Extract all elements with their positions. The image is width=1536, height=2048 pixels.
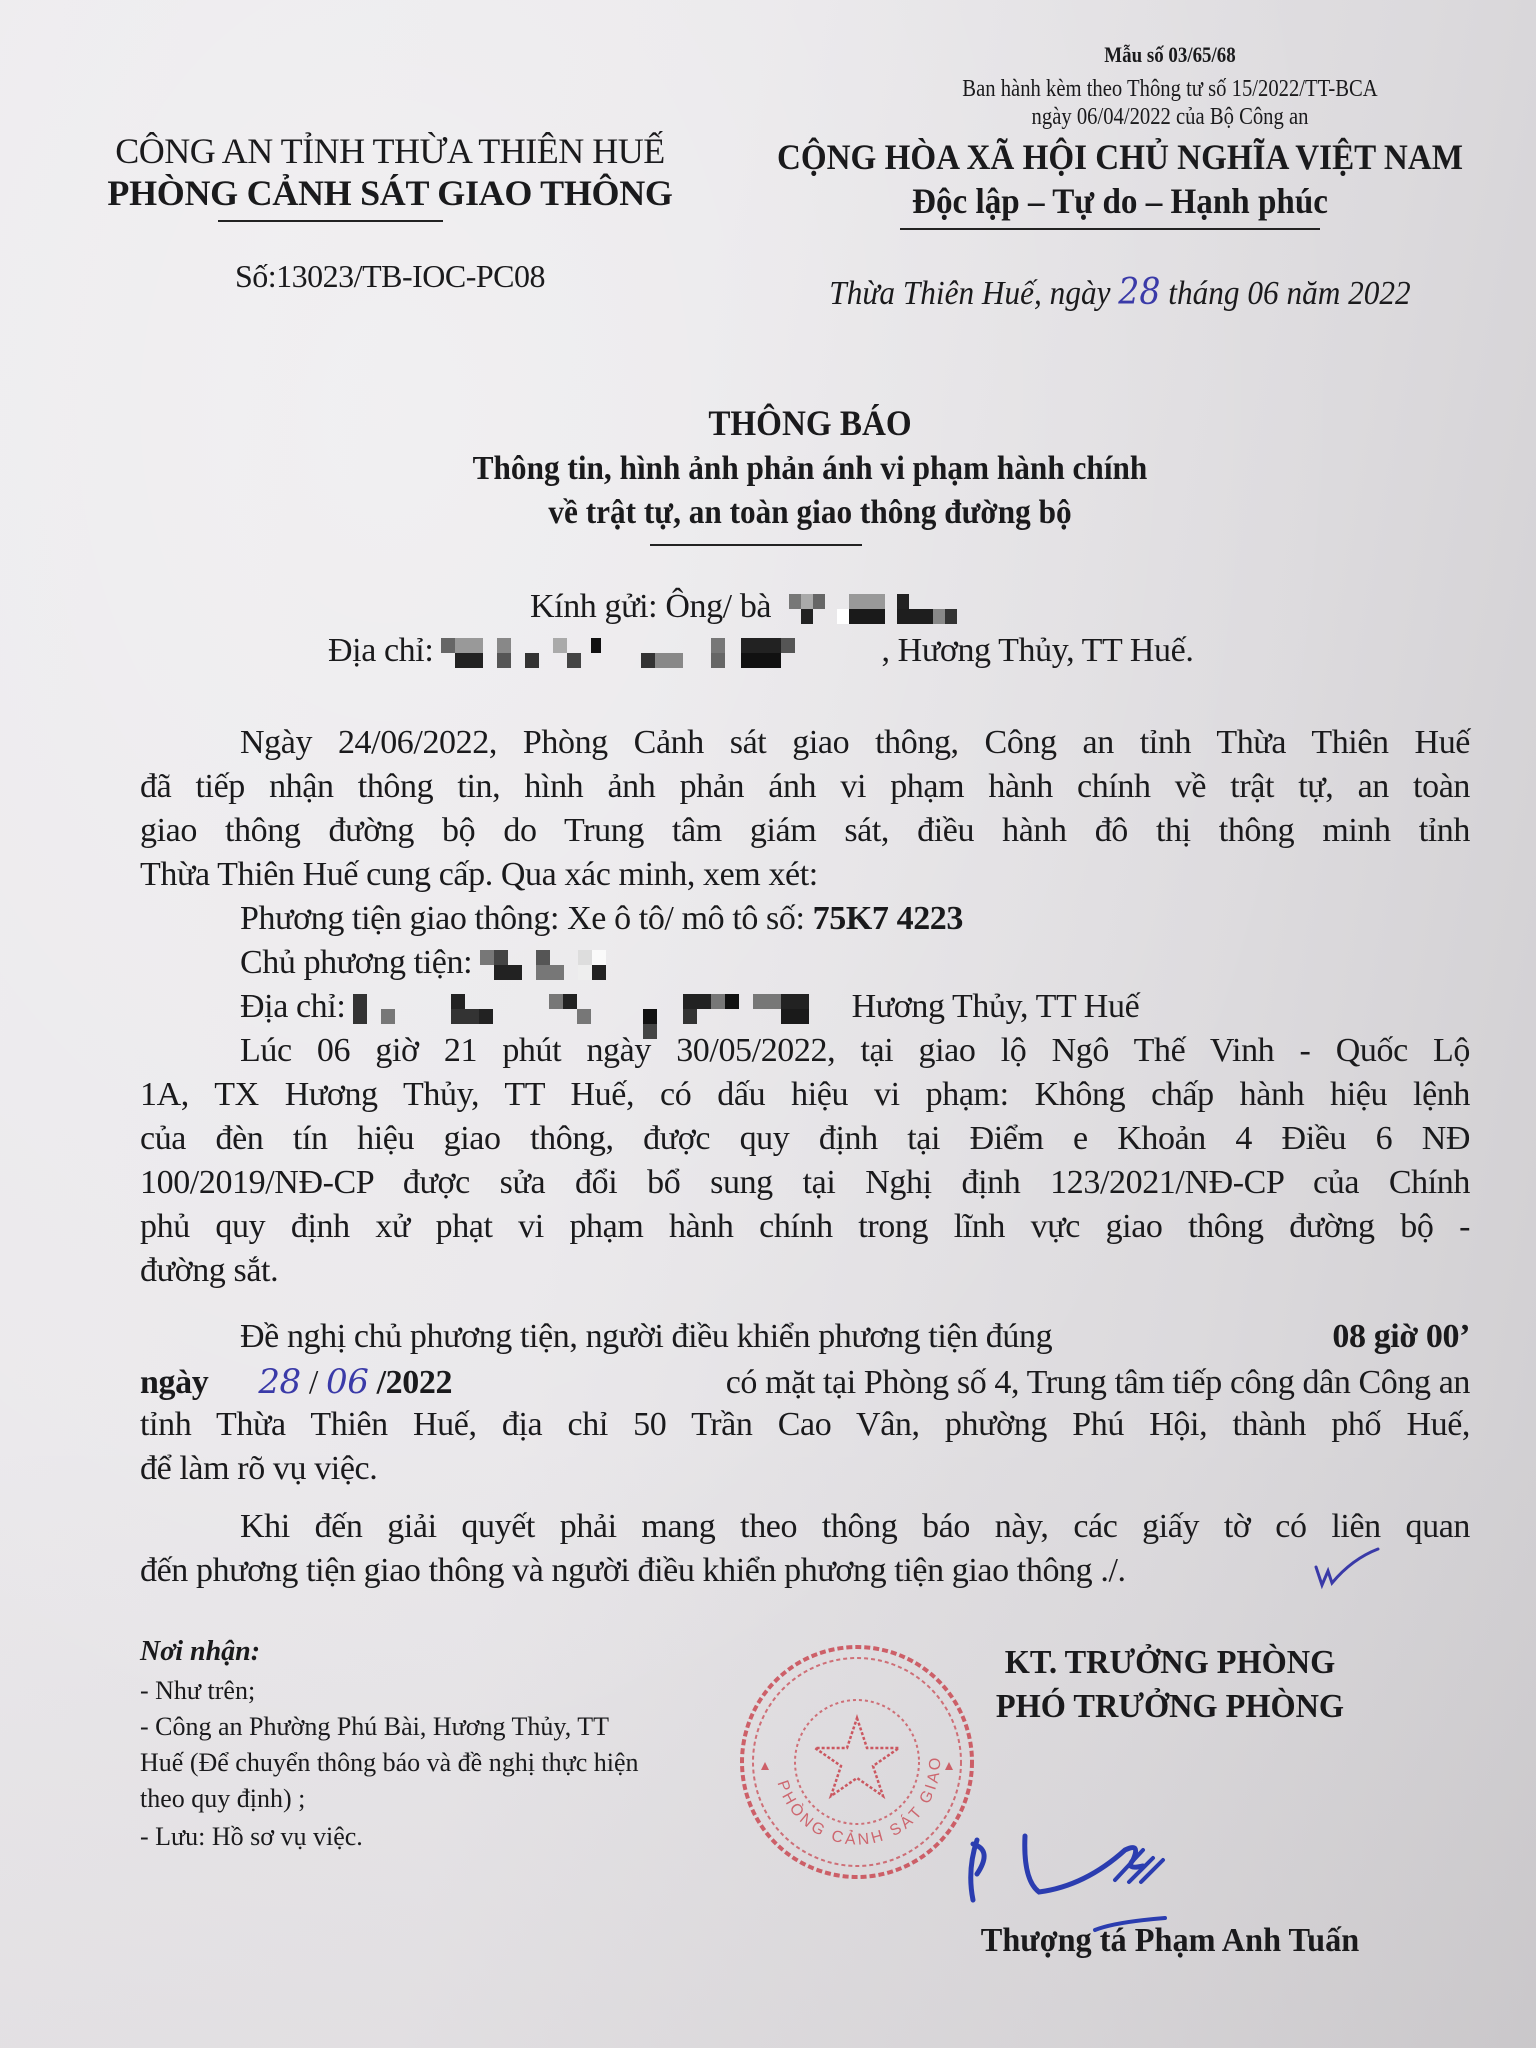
- para3-line3: tỉnh Thừa Thiên Huế, địa chỉ 50 Trần Cao…: [140, 1406, 1470, 1444]
- addressee-address: Địa chỉ: , Hương Thủy, TT Huế.: [328, 632, 1193, 670]
- para3-request: Đề nghị chủ phương tiện, người điều khiể…: [240, 1318, 1052, 1356]
- appointment-day-label: ngày: [140, 1364, 208, 1402]
- para4-line2: đến phương tiện giao thông và người điều…: [140, 1552, 1126, 1590]
- para1-line1: Ngày 24/06/2022, Phòng Cảnh sát giao thô…: [240, 724, 1470, 762]
- form-issued-note: Ban hành kèm theo Thông tư số 15/2022/TT…: [921, 76, 1420, 103]
- signatory-title-line1: KT. TRƯỞNG PHÒNG: [885, 1644, 1455, 1682]
- appointment-date: 28 / 06 /2022: [258, 1362, 452, 1402]
- owner-label: Chủ phương tiện:: [240, 944, 472, 981]
- signatory-name: Thượng tá Phạm Anh Tuấn: [885, 1922, 1455, 1960]
- redacted-address: [441, 638, 881, 668]
- vehicle-plate: 75K7 4223: [813, 900, 963, 937]
- appointment-location: có mặt tại Phòng số 4, Trung tâm tiếp cô…: [452, 1364, 1470, 1402]
- para1-line4: Thừa Thiên Huế cung cấp. Qua xác minh, x…: [140, 856, 818, 894]
- recipient-line: theo quy định) ;: [140, 1784, 305, 1814]
- appointment-time: 08 giờ 00’: [1332, 1318, 1470, 1356]
- handwritten-appointment-month: 06: [326, 1362, 368, 1402]
- agency-parent: CÔNG AN TỈNH THỪA THIÊN HUẾ: [90, 130, 690, 172]
- handwritten-day: 28: [1118, 272, 1160, 313]
- address-suffix: , Hương Thủy, TT Huế.: [881, 632, 1193, 669]
- document-title: THÔNG BÁO: [65, 402, 1536, 444]
- recipient-line: - Lưu: Hồ sơ vụ việc.: [140, 1822, 363, 1852]
- para3-line2: ngày 28 / 06 /2022 có mặt tại Phòng số 4…: [140, 1362, 1470, 1402]
- owner-address-line: Địa chỉ: Hương Thủy, TT Huế: [240, 988, 1139, 1026]
- nation-heading: CỘNG HÒA XÃ HỘI CHỦ NGHĨA VIỆT NAM: [752, 136, 1488, 178]
- place-date-prefix: Thừa Thiên Huế, ngày: [829, 275, 1110, 312]
- para2-line1: Lúc 06 giờ 21 phút ngày 30/05/2022, tại …: [240, 1032, 1470, 1070]
- redacted-owner: [480, 950, 720, 980]
- para2-line5: phủ quy định xử phạt vi phạm hành chính …: [140, 1208, 1470, 1246]
- para2-line2: 1A, TX Hương Thủy, TT Huế, có dấu hiệu v…: [140, 1076, 1470, 1114]
- owner-line: Chủ phương tiện:: [240, 944, 720, 982]
- para3-line1: Đề nghị chủ phương tiện, người điều khiể…: [240, 1318, 1470, 1356]
- agency-underline: [218, 220, 443, 222]
- appointment-year: /2022: [377, 1364, 452, 1401]
- salutation: Kính gửi: Ông/ bà: [530, 588, 1024, 626]
- motto-underline: [900, 228, 1320, 230]
- redacted-owner-address: [353, 994, 843, 1024]
- para4-line1: Khi đến giải quyết phải mang theo thông …: [240, 1508, 1470, 1546]
- para3-line4: để làm rõ vụ việc.: [140, 1450, 377, 1488]
- initial-checkmark-icon: [1312, 1545, 1382, 1595]
- para1-line2: đã tiếp nhận thông tin, hình ảnh phản án…: [140, 768, 1470, 806]
- salutation-label: Kính gửi: Ông/ bà: [530, 588, 771, 625]
- national-motto: Độc lập – Tự do – Hạnh phúc: [752, 180, 1488, 222]
- recipient-line: - Như trên;: [140, 1676, 255, 1706]
- para1-line3: giao thông đường bộ do Trung tâm giám sá…: [140, 812, 1470, 850]
- document-subtitle-line1: Thông tin, hình ảnh phản ánh vi phạm hàn…: [65, 450, 1536, 488]
- title-underline: [650, 544, 862, 546]
- signatory-title-line2: PHÓ TRƯỞNG PHÒNG: [885, 1688, 1455, 1726]
- recipients-heading: Nơi nhận:: [140, 1636, 260, 1668]
- agency-name: PHÒNG CẢNH SÁT GIAO THÔNG: [90, 172, 690, 214]
- recipient-line: - Công an Phường Phú Bài, Hương Thủy, TT: [140, 1712, 609, 1742]
- para2-line6: đường sắt.: [140, 1252, 278, 1290]
- address-label: Địa chỉ:: [328, 632, 433, 669]
- owner-address-label: Địa chỉ:: [240, 988, 345, 1025]
- para2-line3: của đèn tín hiệu giao thông, được quy đị…: [140, 1120, 1470, 1158]
- para2-line4: 100/2019/NĐ-CP được sửa đổi bổ sung tại …: [140, 1164, 1470, 1202]
- form-issued-date: ngày 06/04/2022 của Bộ Công an: [921, 104, 1420, 131]
- handwritten-appointment-day: 28: [258, 1362, 300, 1402]
- vehicle-label: Phương tiện giao thông: Xe ô tô/ mô tô s…: [240, 900, 805, 937]
- recipient-line: Huế (Để chuyển thông báo và đề nghị thực…: [140, 1748, 639, 1778]
- place-and-date: Thừa Thiên Huế, ngày 28 tháng 06 năm 202…: [752, 272, 1488, 313]
- document-number: Số:13023/TB-IOC-PC08: [90, 258, 690, 295]
- document-subtitle-line2: về trật tự, an toàn giao thông đường bộ: [65, 494, 1536, 532]
- vehicle-line: Phương tiện giao thông: Xe ô tô/ mô tô s…: [240, 900, 963, 938]
- form-code: Mẫu số 03/65/68: [1075, 42, 1264, 68]
- place-date-suffix: tháng 06 năm 2022: [1168, 275, 1410, 312]
- redacted-name: [779, 594, 1024, 624]
- owner-address-suffix: Hương Thủy, TT Huế: [852, 988, 1140, 1025]
